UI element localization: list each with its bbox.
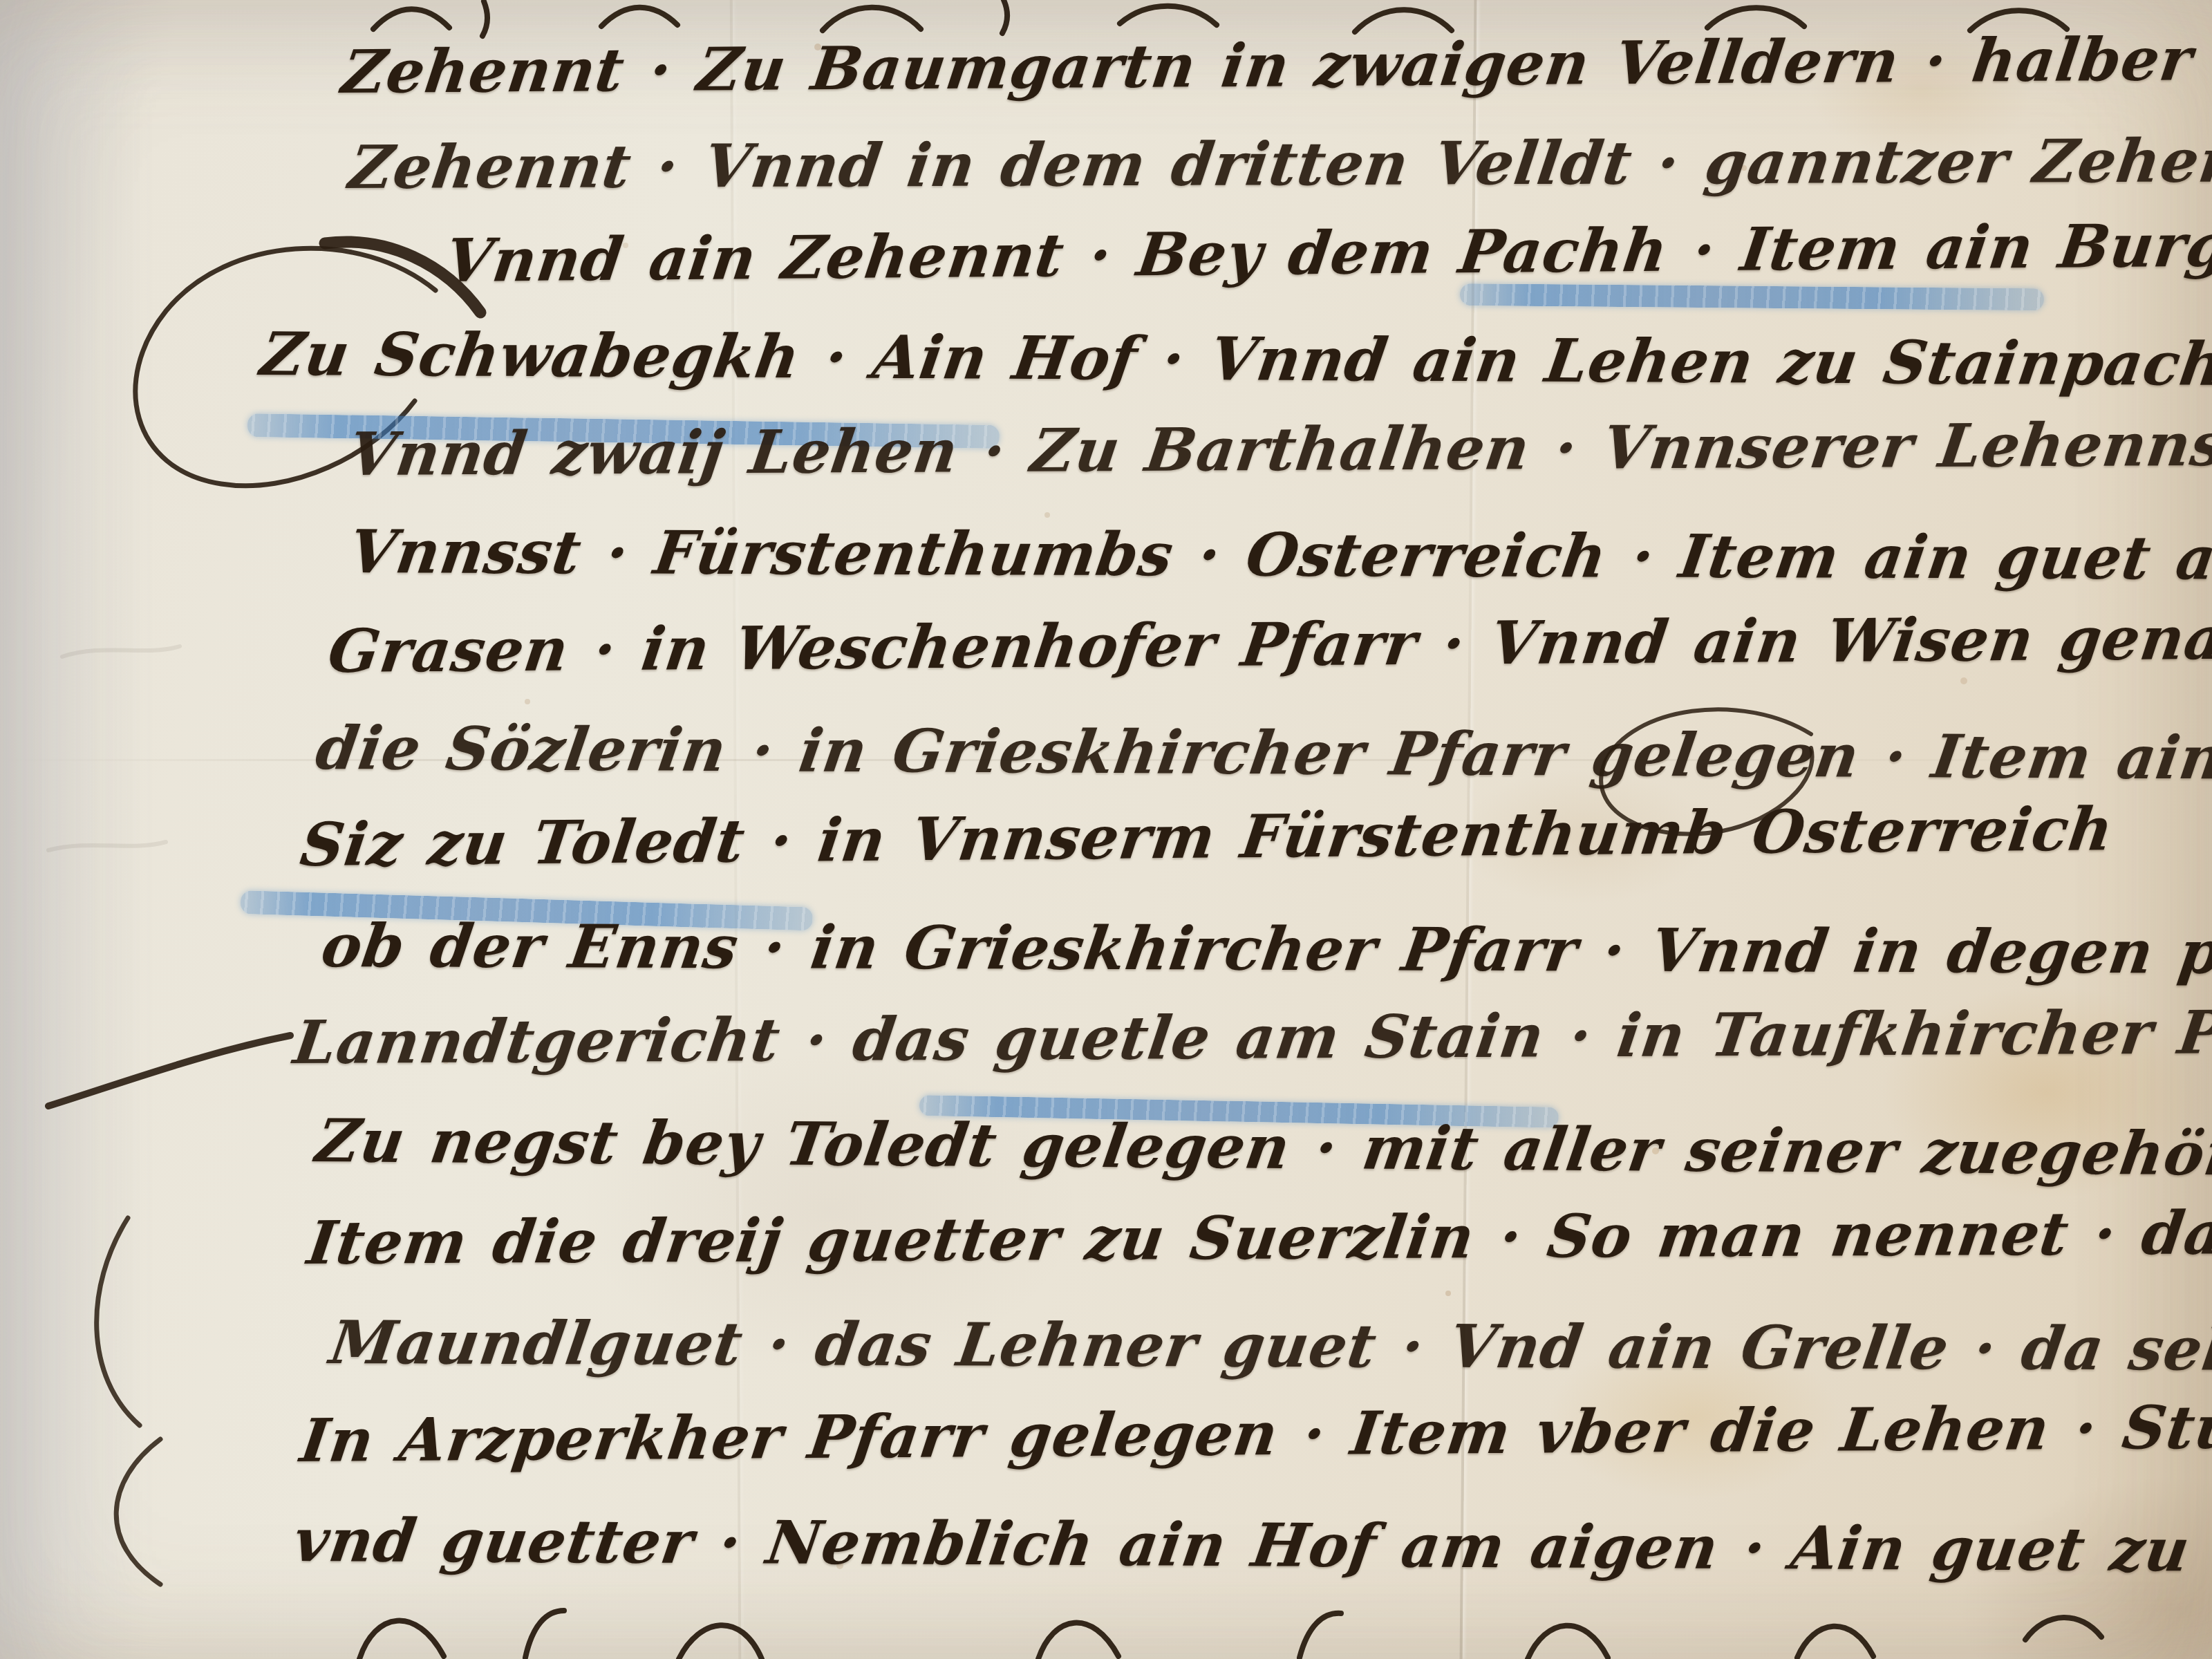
manuscript-line-15: In Arzperkher Pfarr gelegen · Item vber … xyxy=(297,1397,2212,1471)
initial-descender-2 xyxy=(116,1439,160,1584)
manuscript-line-3: Vnnd ain Zehennt · Bey dem Pachh · Item … xyxy=(442,214,2212,291)
initial-descender-1 xyxy=(97,1218,140,1425)
manuscript-line-5: Vnnd zwaij Lehen · Zu Barthalhen · Vnnse… xyxy=(346,414,2212,485)
manuscript-line-6: Vnnsst · Fürstenthumbs · Osterreich · It… xyxy=(346,523,2212,589)
manuscript-line-4: Zu Schwabegkh · Ain Hof · Vnnd ain Lehen… xyxy=(257,325,2212,395)
manuscript-line-10: ob der Enns · in Grieskhircher Pfarr · V… xyxy=(318,917,2212,984)
manuscript-page: Zehennt · Zu Baumgartn in zwaigen Vellde… xyxy=(0,0,2212,1659)
manuscript-line-14: Maundlguet · das Lehner guet · Vnd ain G… xyxy=(326,1313,2212,1380)
manuscript-line-1: Zehennt · Zu Baumgartn in zwaigen Vellde… xyxy=(339,30,2196,102)
manuscript-line-7: Grasen · in Weschenhofer Pfarr · Vnnd ai… xyxy=(325,608,2212,682)
cut-line-fragment-bottom xyxy=(359,1611,2101,1659)
manuscript-line-13: Item die dreij guetter zu Suerzlin · So … xyxy=(304,1203,2212,1273)
manuscript-line-9: Siz zu Toledt · in Vnnserm Fürstenthumb … xyxy=(297,800,2117,875)
manuscript-line-2: Zehennt · Vnnd in dem dritten Velldt · g… xyxy=(346,131,2212,198)
leading-swash xyxy=(48,1035,290,1106)
manuscript-line-16: vnd guetter · Nemblich ain Hof am aigen … xyxy=(290,1511,2212,1581)
verso-bleedthrough xyxy=(48,646,180,850)
manuscript-line-11: Lanndtgericht · das guetle am Stain · in… xyxy=(290,1002,2212,1073)
manuscript-line-8: die Sözlerin · in Grieskhircher Pfarr ge… xyxy=(312,719,2212,788)
manuscript-line-12: Zu negst bey Toledt gelegen · mit aller … xyxy=(312,1112,2212,1185)
